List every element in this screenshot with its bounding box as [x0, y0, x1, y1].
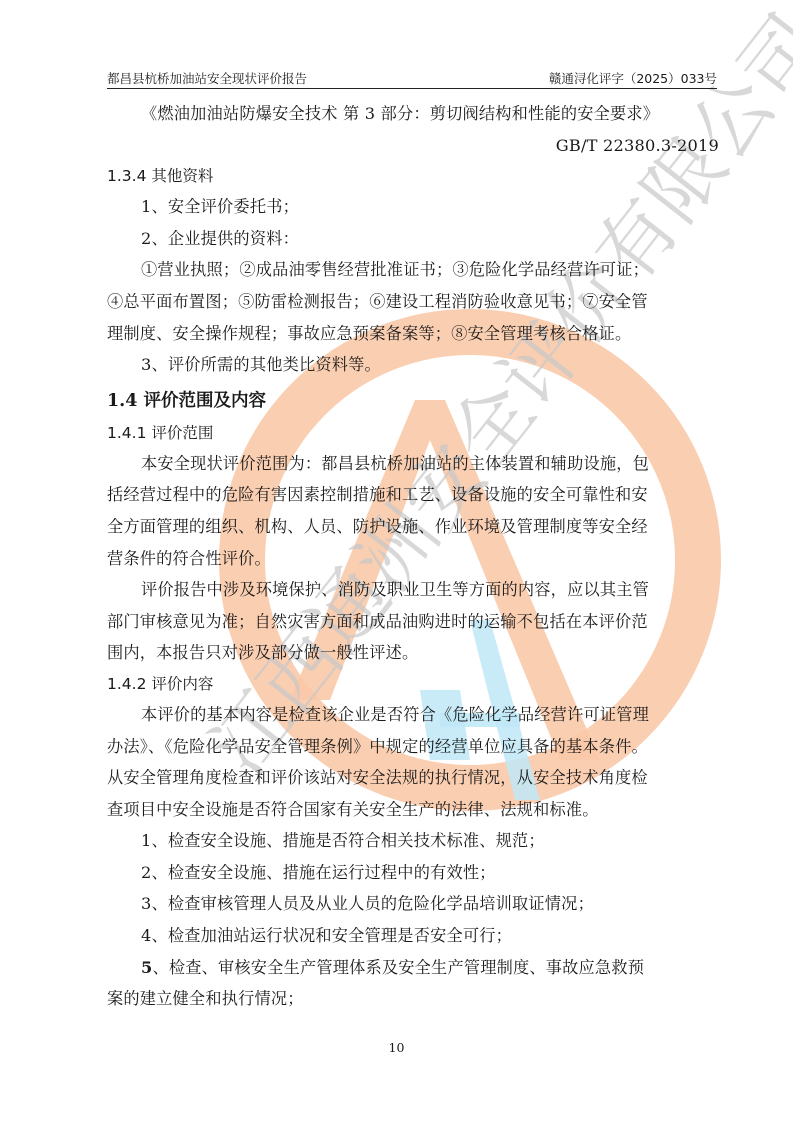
standard-code: GB/T 22380.3-2019 [107, 130, 719, 162]
page-number: 10 [0, 1040, 793, 1055]
paragraph-line: 从安全管理角度检查和评价该站对安全法规的执行情况，从安全技术角度检 [107, 762, 719, 794]
header-report-number: 赣通浔化评字（2025）033号 [549, 69, 717, 87]
page-header: 都昌县杭桥加油站安全现状评价报告 赣通浔化评字（2025）033号 [107, 68, 717, 89]
list-item-number: 5 [141, 958, 152, 977]
section-1-4-1-heading: 1.4.1 评价范围 [107, 418, 719, 448]
list-item: 5、检查、审核安全生产管理体系及安全生产管理制度、事故应急救预 [107, 952, 719, 984]
list-item: 3、检查审核管理人员及从业人员的危险化学品培训取证情况； [107, 888, 719, 920]
list-item: ④总平面布置图；⑤防雷检测报告；⑥建设工程消防验收意见书；⑦安全管 [107, 286, 719, 318]
paragraph-line: 营条件的符合性评价。 [107, 543, 719, 575]
section-1-3-4-heading: 1.3.4 其他资料 [107, 161, 719, 191]
list-item: 1、检查安全设施、措施是否符合相关技术标准、规范； [107, 825, 719, 857]
section-1-4-heading: 1.4 评价范围及内容 [107, 385, 719, 418]
list-item: 2、检查安全设施、措施在运行过程中的有效性； [107, 857, 719, 889]
section-1-4-2-heading: 1.4.2 评价内容 [107, 669, 719, 699]
paragraph-line: 围内，本报告只对涉及部分做一般性评述。 [107, 637, 719, 669]
list-item-text: 、检查、审核安全生产管理体系及安全生产管理制度、事故应急救预 [152, 958, 644, 977]
paragraph-line: 本安全现状评价范围为：都昌县杭桥加油站的主体装置和辅助设施，包 [107, 448, 719, 480]
list-item: ①营业执照；②成品油零售经营批准证书；③危险化学品经营许可证； [107, 254, 719, 286]
list-item-continuation: 案的建立健全和执行情况； [107, 983, 719, 1015]
list-item: 理制度、安全操作规程；事故应急预案备案等；⑧安全管理考核合格证。 [107, 318, 719, 350]
header-report-title: 都昌县杭桥加油站安全现状评价报告 [107, 69, 307, 87]
document-body: 《燃油加油站防爆安全技术 第 3 部分：剪切阀结构和性能的安全要求》 GB/T … [107, 98, 719, 1015]
list-item: 1、安全评价委托书； [107, 191, 719, 223]
list-item: 2、企业提供的资料： [107, 223, 719, 255]
paragraph-line: 本评价的基本内容是检查该企业是否符合《危险化学品经营许可证管理 [107, 699, 719, 731]
paragraph-line: 评价报告中涉及环境保护、消防及职业卫生等方面的内容，应以其主管 [107, 574, 719, 606]
standard-title: 《燃油加油站防爆安全技术 第 3 部分：剪切阀结构和性能的安全要求》 [107, 98, 719, 130]
document-page: 江西通洲安全评价有限公司 都昌县杭桥加油站安全现状评价报告 赣通浔化评字（202… [0, 0, 793, 1122]
paragraph-line: 查项目中安全设施是否符合国家有关安全生产的法律、法规和标准。 [107, 794, 719, 826]
list-item: 4、检查加油站运行状况和安全管理是否安全可行； [107, 920, 719, 952]
list-item: 3、评价所需的其他类比资料等。 [107, 349, 719, 381]
paragraph-line: 括经营过程中的危险有害因素控制措施和工艺、设备设施的安全可靠性和安 [107, 479, 719, 511]
paragraph-line: 办法》、《危险化学品安全管理条例》中规定的经营单位应具备的基本条件。 [107, 731, 719, 763]
paragraph-line: 部门审核意见为准；自然灾害方面和成品油购进时的运输不包括在本评价范 [107, 606, 719, 638]
paragraph-line: 全方面管理的组织、机构、人员、防护设施、作业环境及管理制度等安全经 [107, 511, 719, 543]
